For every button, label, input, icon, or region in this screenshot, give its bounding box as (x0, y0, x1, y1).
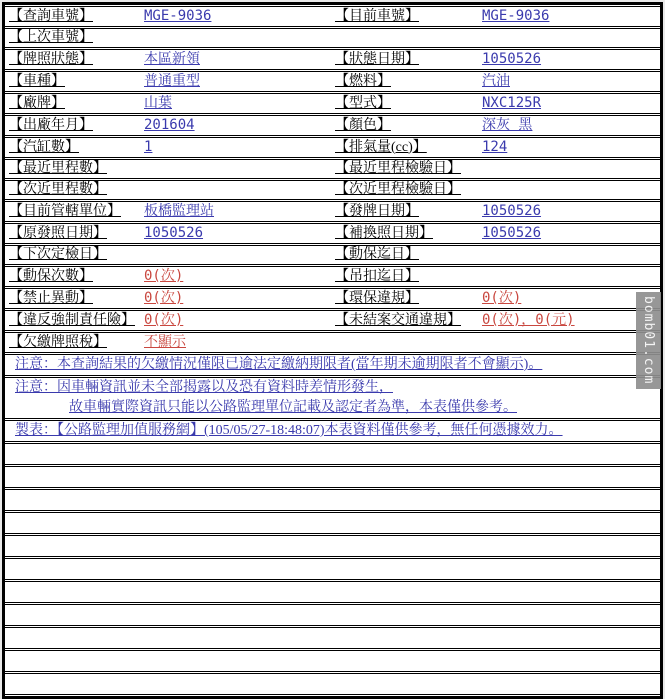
field-value-text: 0(次) (479, 290, 521, 306)
field-value-text: 0(次) (141, 290, 183, 306)
field-label: 【發牌日期】 (331, 201, 477, 222)
field-value-text: 板橋監理站 (141, 203, 214, 219)
field-label: 【目前管轄單位】 (5, 201, 139, 222)
data-row: 【汽缸數】1【排氣量(cc)】124 (5, 137, 660, 158)
field-label-text: 【下次定檢日】 (7, 247, 107, 262)
field-value-text: 0(次)，0(元) (479, 312, 575, 328)
vehicle-info-table: 【查詢車號】MGE-9036【目前車號】MGE-9036【上次車號】【牌照狀態】… (2, 2, 663, 699)
field-label: 【型式】 (331, 93, 477, 114)
empty-cell (5, 558, 660, 580)
field-label-text: 【環保違規】 (333, 291, 419, 306)
field-value-text: 0(次) (141, 268, 183, 284)
empty-row (5, 443, 660, 465)
field-value-text: 124 (479, 139, 507, 155)
data-row: 【出廠年月】201604【顏色】深灰 黑 (5, 115, 660, 136)
field-value: 板橋監理站 (139, 201, 331, 222)
field-value-text: NXC125R (479, 95, 541, 111)
field-label-text: 【上次車號】 (7, 30, 93, 45)
field-label: 【環保違規】 (331, 288, 477, 309)
field-label-text: 【吊扣迄日】 (333, 269, 419, 284)
field-label: 【車種】 (5, 71, 139, 92)
note-cell: 製表：【公路監理加值服務網】(105/05/27-18:48:07)本表資料僅供… (5, 420, 660, 442)
field-value: 0(次)，0(元) (477, 310, 660, 331)
field-label: 【最近里程檢驗日】 (331, 159, 477, 179)
field-label: 【汽缸數】 (5, 137, 139, 158)
empty-row (5, 604, 660, 626)
field-label-text: 【車種】 (7, 74, 65, 89)
empty-row (5, 466, 660, 488)
field-label-text: 【型式】 (333, 96, 391, 111)
field-value (139, 245, 331, 265)
field-value (139, 159, 331, 179)
field-value: 124 (477, 137, 660, 158)
field-label-text: 【目前管轄單位】 (7, 204, 121, 219)
field-value-text: 1050526 (479, 203, 541, 219)
field-label-text: 【排氣量(cc)】 (333, 140, 427, 155)
empty-cell (5, 535, 660, 557)
field-value (477, 28, 660, 48)
field-label: 【動保次數】 (5, 266, 139, 287)
field-label: 【違反強制責任險】 (5, 310, 139, 331)
note-cell: 注意：本查詢結果的欠繳情況僅限已逾法定繳納期限者(當年期未逾期限者不會顯示)。 (5, 354, 660, 376)
field-value: 0(次) (139, 266, 331, 287)
field-label-text: 【牌照狀態】 (7, 52, 93, 67)
field-value: 0(次) (139, 288, 331, 309)
field-label-text: 【狀態日期】 (333, 52, 419, 67)
field-label: 【狀態日期】 (331, 49, 477, 70)
field-label: 【出廠年月】 (5, 115, 139, 136)
data-row: 【最近里程數】【最近里程檢驗日】 (5, 159, 660, 179)
field-label: 【最近里程數】 (5, 159, 139, 179)
field-value-text: MGE-9036 (141, 8, 211, 24)
field-label-text: 【未結案交通違規】 (333, 313, 461, 328)
field-value: 1050526 (477, 223, 660, 244)
data-row: 【車種】普通重型【燃料】汽油 (5, 71, 660, 92)
data-row: 【動保次數】0(次)【吊扣迄日】 (5, 266, 660, 287)
field-label-text: 【燃料】 (333, 74, 391, 89)
empty-row (5, 673, 660, 695)
field-label: 【顏色】 (331, 115, 477, 136)
field-label: 【禁止異動】 (5, 288, 139, 309)
field-label-text: 【廠牌】 (7, 96, 65, 111)
empty-cell (5, 512, 660, 534)
data-row: 【下次定檢日】【動保迄日】 (5, 245, 660, 265)
field-value-text: 本區新領 (141, 51, 200, 67)
field-value-text: 1050526 (479, 51, 541, 67)
field-label-text: 【原發照日期】 (7, 226, 107, 241)
field-value-text: 0(次) (141, 312, 183, 328)
field-label: 【補換照日期】 (331, 223, 477, 244)
empty-cell (5, 650, 660, 672)
field-label-text: 【最近里程檢驗日】 (333, 161, 461, 176)
field-value: MGE-9036 (139, 6, 331, 27)
field-label: 【欠繳牌照稅】 (5, 332, 139, 353)
empty-row (5, 650, 660, 672)
field-value: 普通重型 (139, 71, 331, 92)
data-row: 【原發照日期】1050526【補換照日期】1050526 (5, 223, 660, 244)
data-row: 【欠繳牌照稅】不顯示 (5, 332, 660, 353)
field-label-text: 【欠繳牌照稅】 (7, 335, 107, 350)
data-row: 【違反強制責任險】0(次)【未結案交通違規】0(次)，0(元) (5, 310, 660, 331)
field-value: 1050526 (139, 223, 331, 244)
field-value: 0(次) (139, 310, 331, 331)
field-label-text: 【顏色】 (333, 118, 391, 133)
field-label-text: 【次近里程檢驗日】 (333, 182, 461, 197)
data-row: 【上次車號】 (5, 28, 660, 48)
note-row: 製表：【公路監理加值服務網】(105/05/27-18:48:07)本表資料僅供… (5, 420, 660, 442)
field-label: 【燃料】 (331, 71, 477, 92)
field-value (477, 180, 660, 200)
field-label: 【次近里程檢驗日】 (331, 180, 477, 200)
field-value-text: 深灰 黑 (479, 117, 532, 133)
empty-cell (5, 443, 660, 465)
field-label-text: 【違反強制責任險】 (7, 313, 135, 328)
empty-row (5, 558, 660, 580)
note-text: 注意：因車輛資訊並未全部揭露以及恐有資料時差情形發生， (7, 378, 658, 398)
field-value: 深灰 黑 (477, 115, 660, 136)
field-label-text: 【禁止異動】 (7, 291, 93, 306)
field-value-text: 普通重型 (141, 73, 200, 89)
field-label-text: 【動保迄日】 (333, 247, 419, 262)
field-value-text: 1050526 (479, 225, 541, 241)
note-row: 注意：因車輛資訊並未全部揭露以及恐有資料時差情形發生，故車輛實際資訊只能以公路監… (5, 377, 660, 419)
field-value-text: 1050526 (141, 225, 203, 241)
field-value: NXC125R (477, 93, 660, 114)
field-label: 【原發照日期】 (5, 223, 139, 244)
field-value-text: 汽油 (479, 73, 510, 89)
field-value: 不顯示 (139, 332, 331, 353)
note-text: 故車輛實際資訊只能以公路監理單位記載及認定者為準，本表僅供參考。 (7, 398, 658, 418)
field-label-text: 【汽缸數】 (7, 140, 79, 155)
field-label: 【牌照狀態】 (5, 49, 139, 70)
note-text: 注意：本查詢結果的欠繳情況僅限已逾法定繳納期限者(當年期未逾期限者不會顯示)。 (7, 355, 658, 375)
field-label: 【吊扣迄日】 (331, 266, 477, 287)
field-label: 【查詢車號】 (5, 6, 139, 27)
field-label (331, 332, 477, 353)
field-value (477, 245, 660, 265)
vehicle-table-body: 【查詢車號】MGE-9036【目前車號】MGE-9036【上次車號】【牌照狀態】… (5, 6, 660, 695)
field-label-text: 【發牌日期】 (333, 204, 419, 219)
field-value: 山葉 (139, 93, 331, 114)
field-label (331, 28, 477, 48)
data-row: 【次近里程數】【次近里程檢驗日】 (5, 180, 660, 200)
field-value: 201604 (139, 115, 331, 136)
field-value: 本區新領 (139, 49, 331, 70)
field-value-text: 1 (141, 139, 152, 155)
field-value: MGE-9036 (477, 6, 660, 27)
empty-cell (5, 627, 660, 649)
field-value (139, 28, 331, 48)
data-row: 【牌照狀態】本區新領【狀態日期】1050526 (5, 49, 660, 70)
empty-cell (5, 673, 660, 695)
empty-row (5, 535, 660, 557)
field-value-text: 201604 (141, 117, 195, 133)
field-label: 【廠牌】 (5, 93, 139, 114)
field-value-text: MGE-9036 (479, 8, 549, 24)
field-value: 1 (139, 137, 331, 158)
field-label: 【動保迄日】 (331, 245, 477, 265)
field-label-text: 【補換照日期】 (333, 226, 433, 241)
field-value (139, 180, 331, 200)
empty-cell (5, 466, 660, 488)
field-value-text: 山葉 (141, 95, 172, 111)
field-label-text: 【次近里程數】 (7, 182, 107, 197)
empty-row (5, 627, 660, 649)
field-value (477, 159, 660, 179)
field-label: 【排氣量(cc)】 (331, 137, 477, 158)
data-row: 【查詢車號】MGE-9036【目前車號】MGE-9036 (5, 6, 660, 27)
note-cell: 注意：因車輛資訊並未全部揭露以及恐有資料時差情形發生，故車輛實際資訊只能以公路監… (5, 377, 660, 419)
vehicle-query-report-page: 【查詢車號】MGE-9036【目前車號】MGE-9036【上次車號】【牌照狀態】… (2, 2, 663, 686)
field-label: 【目前車號】 (331, 6, 477, 27)
field-label-text: 【查詢車號】 (7, 9, 93, 24)
empty-row (5, 512, 660, 534)
field-value (477, 266, 660, 287)
field-value: 1050526 (477, 201, 660, 222)
field-value (477, 332, 660, 353)
field-label: 【下次定檢日】 (5, 245, 139, 265)
empty-row (5, 581, 660, 603)
field-label-text: 【最近里程數】 (7, 161, 107, 176)
field-label: 【上次車號】 (5, 28, 139, 48)
field-label: 【次近里程數】 (5, 180, 139, 200)
data-row: 【禁止異動】0(次)【環保違規】0(次) (5, 288, 660, 309)
note-row: 注意：本查詢結果的欠繳情況僅限已逾法定繳納期限者(當年期未逾期限者不會顯示)。 (5, 354, 660, 376)
data-row: 【目前管轄單位】板橋監理站【發牌日期】1050526 (5, 201, 660, 222)
field-value: 1050526 (477, 49, 660, 70)
empty-cell (5, 489, 660, 511)
field-value: 汽油 (477, 71, 660, 92)
field-label: 【未結案交通違規】 (331, 310, 477, 331)
empty-row (5, 489, 660, 511)
watermark-bomb01: bomb01.com (636, 292, 661, 389)
field-label-text: 【出廠年月】 (7, 118, 93, 133)
field-value-text: 不顯示 (141, 334, 186, 350)
empty-cell (5, 581, 660, 603)
data-row: 【廠牌】山葉【型式】NXC125R (5, 93, 660, 114)
field-value: 0(次) (477, 288, 660, 309)
field-label-text: 【動保次數】 (7, 269, 93, 284)
field-label-text: 【目前車號】 (333, 9, 419, 24)
note-text: 製表：【公路監理加值服務網】(105/05/27-18:48:07)本表資料僅供… (7, 421, 658, 441)
empty-cell (5, 604, 660, 626)
